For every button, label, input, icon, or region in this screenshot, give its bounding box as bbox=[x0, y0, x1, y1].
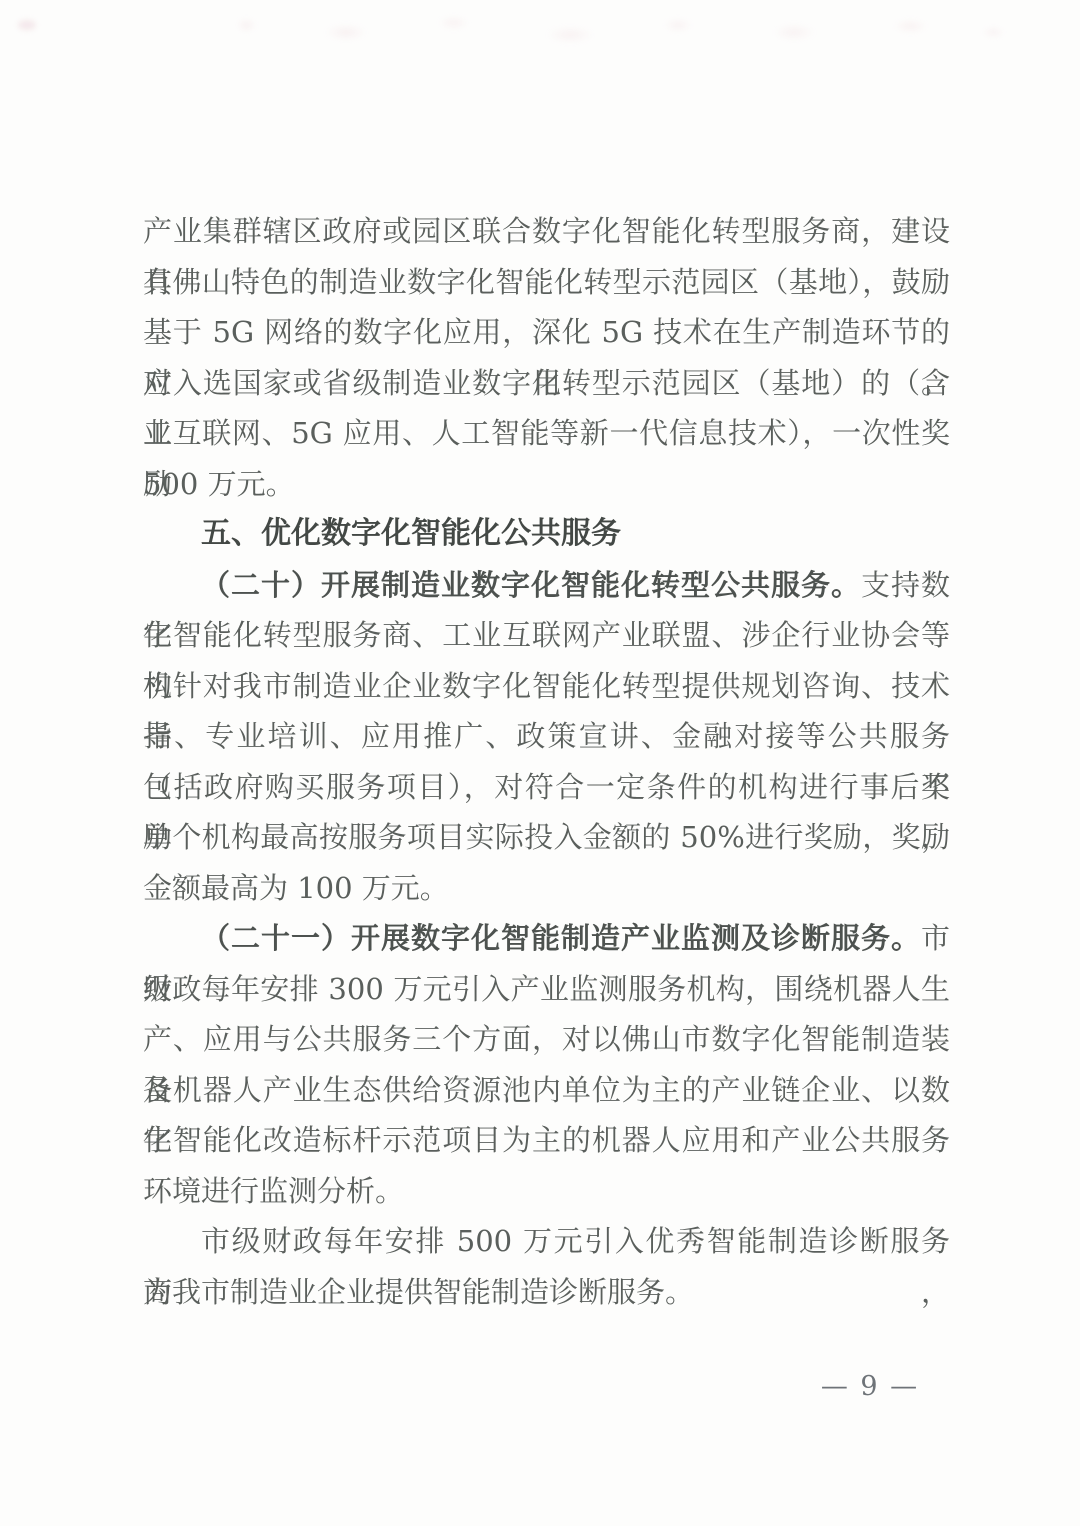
clause-20-title: （二十）开展制造业数字化智能化转型公共服务。 bbox=[201, 568, 861, 602]
body-line: 化智能化转型服务商、工业互联网产业联盟、涉企行业协会等机 bbox=[143, 610, 950, 661]
body-line: 有佛山特色的制造业数字化智能化转型示范园区（基地），鼓励 bbox=[143, 257, 950, 308]
body-line: 单个机构最高按服务项目实际投入金额的 50%进行奖励，奖励 bbox=[143, 812, 950, 863]
clause-21-title: （二十一）开展数字化智能制造产业监测及诊断服务。 bbox=[201, 921, 921, 955]
body-line: 包括政府购买服务项目），对符合一定条件的机构进行事后奖励， bbox=[143, 762, 950, 813]
body-line: 业互联网、5G 应用、人工智能等新一代信息技术），一次性奖励 bbox=[143, 408, 950, 459]
body-line: 及机器人产业生态供给资源池内单位为主的产业链企业、以数字 bbox=[143, 1065, 950, 1116]
body-line: 基于 5G 网络的数字化应用，深化 5G 技术在生产制造环节的应用。 bbox=[143, 307, 950, 358]
body-line: 金额最高为 100 万元。 bbox=[143, 863, 950, 914]
body-line: 构针对我市制造业企业数字化智能化转型提供规划咨询、技术指 bbox=[143, 661, 950, 712]
body-line: 对入选国家或省级制造业数字化转型示范园区（基地）的（含工 bbox=[143, 358, 950, 409]
body-line: 产、应用与公共服务三个方面，对以佛山市数字化智能制造装备 bbox=[143, 1014, 950, 1065]
body-line: 产业集群辖区政府或园区联合数字化智能化转型服务商，建设具 bbox=[143, 206, 950, 257]
scan-artifact-dot bbox=[18, 20, 36, 30]
document-body: 产业集群辖区政府或园区联合数字化智能化转型服务商，建设具 有佛山特色的制造业数字… bbox=[143, 206, 950, 1317]
body-line: 化智能化改造标杆示范项目为主的机器人应用和产业公共服务 bbox=[143, 1115, 950, 1166]
scan-artifact-band bbox=[180, 6, 1010, 54]
body-line: 500 万元。 bbox=[143, 459, 950, 510]
body-line: 财政每年安排 300 万元引入产业监测服务机构，围绕机器人生 bbox=[143, 964, 950, 1015]
clause-21-first-line: （二十一）开展数字化智能制造产业监测及诊断服务。市级 bbox=[143, 913, 950, 964]
section-5-heading: 五、优化数字化智能化公共服务 bbox=[143, 509, 950, 560]
document-page: 产业集群辖区政府或园区联合数字化智能化转型服务商，建设具 有佛山特色的制造业数字… bbox=[0, 0, 1080, 1526]
body-line: 导、专业培训、应用推广、政策宣讲、金融对接等公共服务（不 bbox=[143, 711, 950, 762]
body-line: 环境进行监测分析。 bbox=[143, 1166, 950, 1217]
clause-20-first-line: （二十）开展制造业数字化智能化转型公共服务。支持数字 bbox=[143, 560, 950, 611]
body-line: 市级财政每年安排 500 万元引入优秀智能制造诊断服务商， bbox=[143, 1216, 950, 1267]
page-number: — 9 — bbox=[800, 1372, 940, 1402]
